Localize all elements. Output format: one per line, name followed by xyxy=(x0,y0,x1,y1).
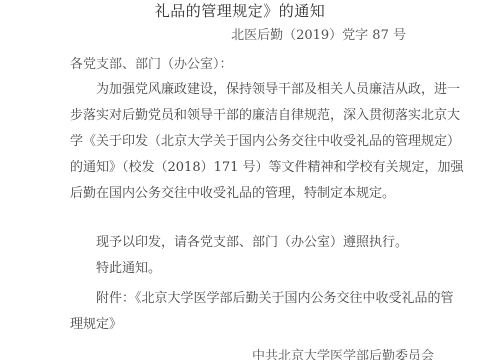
issuing-organization: 中共北京大学医学部后勤委员会 xyxy=(252,345,434,360)
closing-remark: 特此通知。 xyxy=(70,256,410,282)
paragraph-line: 学《关于印发（北京大学关于国内公务交往中收受礼品的管理规定） xyxy=(70,129,410,155)
paragraph-line: 特此通知。 xyxy=(70,256,410,282)
paragraph-line: 步落实对后勤党员和领导干部的廉洁自律规范，深入贯彻落实北京大 xyxy=(70,103,410,129)
body-paragraph-2: 现予以印发，请各党支部、部门（办公室）遵照执行。 xyxy=(70,230,410,256)
body-paragraph-1: 为加强党风廉政建设，保持领导干部及相关人员廉洁从政，进一 步落实对后勤党员和领导… xyxy=(70,77,410,207)
attachment-line: 理规定》 xyxy=(70,312,410,338)
document-number: 北医后勤（2019）党字 87 号 xyxy=(231,24,406,43)
paragraph-line: 的通知》（校发（2018）171 号）等文件精神和学校有关规定，加强 xyxy=(70,155,410,181)
document-title: 礼品的管理规定》的通知 xyxy=(0,0,480,21)
paragraph-line: 后勤在国内公务交往中收受礼品的管理，特制定本规定。 xyxy=(70,181,410,207)
salutation: 各党支部、部门（办公室）： xyxy=(70,53,233,72)
attachment-note: 附件：《北京大学医学部后勤关于国内公务交往中收受礼品的管 理规定》 xyxy=(70,286,410,338)
paragraph-line: 为加强党风廉政建设，保持领导干部及相关人员廉洁从政，进一 xyxy=(70,77,410,103)
document-page: 礼品的管理规定》的通知 北医后勤（2019）党字 87 号 各党支部、部门（办公… xyxy=(0,0,480,360)
attachment-line: 附件：《北京大学医学部后勤关于国内公务交往中收受礼品的管 xyxy=(70,286,410,312)
paragraph-line: 现予以印发，请各党支部、部门（办公室）遵照执行。 xyxy=(70,230,410,256)
